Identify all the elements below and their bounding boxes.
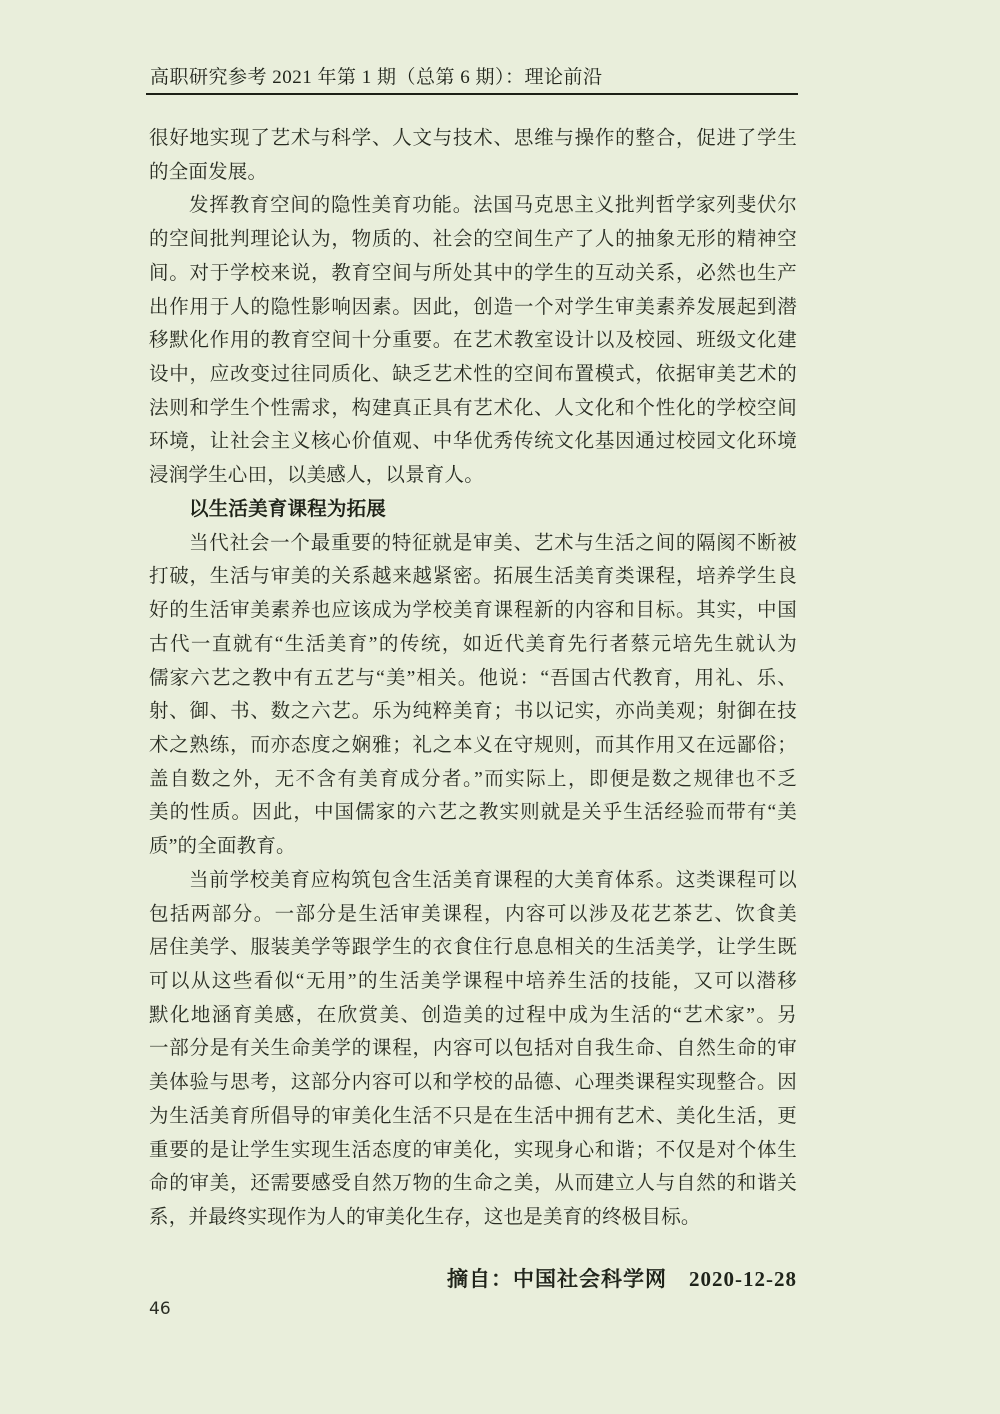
text-line: 一部分是有关生命美学的课程，内容可以包括对自我生命、自然生命的审	[149, 1032, 797, 1066]
source-attribution: 摘自：中国社会科学网 2020-12-28	[447, 1263, 797, 1293]
text-line: 为生活美育所倡导的审美化生活不只是在生活中拥有艺术、美化生活，更	[149, 1100, 797, 1134]
text-line: 当前学校美育应构筑包含生活美育课程的大美育体系。这类课程可以	[149, 864, 797, 898]
journal-header: 高职研究参考 2021 年第 1 期（总第 6 期）：理论前沿	[150, 66, 800, 90]
text-line: 默化地涵育美感，在欣赏美、创造美的过程中成为生活的“艺术家”。另	[149, 999, 797, 1033]
text-line: 移默化作用的教育空间十分重要。在艺术教室设计以及校园、班级文化建	[149, 324, 797, 358]
text-line: 美体验与思考，这部分内容可以和学校的品德、心理类课程实现整合。因	[149, 1066, 797, 1100]
text-line: 盖自数之外，无不含有美育成分者。”而实际上，即便是数之规律也不乏	[149, 763, 797, 797]
text-line: 好的生活审美素养也应该成为学校美育课程新的内容和目标。其实，中国	[149, 594, 797, 628]
text-line: 发挥教育空间的隐性美育功能。法国马克思主义批判哲学家列斐伏尔	[149, 189, 797, 223]
text-line: 术之熟练，而亦态度之娴雅；礼之本义在守规则，而其作用又在远鄙俗；	[149, 729, 797, 763]
text-line: 以生活美育课程为拓展	[149, 493, 797, 527]
text-line: 环境，让社会主义核心价值观、中华优秀传统文化基因通过校园文化环境	[149, 425, 797, 459]
text-line: 古代一直就有“生活美育”的传统，如近代美育先行者蔡元培先生就认为	[149, 628, 797, 662]
text-line: 法则和学生个性需求，构建真正具有艺术化、人文化和个性化的学校空间	[149, 392, 797, 426]
text-line: 出作用于人的隐性影响因素。因此，创造一个对学生审美素养发展起到潜	[149, 291, 797, 325]
text-line: 设中，应改变过往同质化、缺乏艺术性的空间布置模式，依据审美艺术的	[149, 358, 797, 392]
scanned-document-page: 高职研究参考 2021 年第 1 期（总第 6 期）：理论前沿 很好地实现了艺术…	[0, 0, 1000, 1414]
text-line: 质”的全面教育。	[149, 830, 797, 864]
text-line: 系，并最终实现作为人的审美化生存，这也是美育的终极目标。	[149, 1201, 797, 1235]
header-divider-rule	[146, 93, 798, 95]
text-line: 儒家六艺之教中有五艺与“美”相关。他说：“吾国古代教育，用礼、乐、	[149, 662, 797, 696]
text-line: 当代社会一个最重要的特征就是审美、艺术与生活之间的隔阂不断被	[149, 527, 797, 561]
text-line: 命的审美，还需要感受自然万物的生命之美，从而建立人与自然的和谐关	[149, 1167, 797, 1201]
text-line: 居住美学、服装美学等跟学生的衣食住行息息相关的生活美学，让学生既	[149, 931, 797, 965]
text-line: 的全面发展。	[149, 156, 797, 190]
text-line: 打破，生活与审美的关系越来越紧密。拓展生活美育类课程，培养学生良	[149, 560, 797, 594]
text-line: 射、御、书、数之六艺。乐为纯粹美育；书以记实，亦尚美观；射御在技	[149, 695, 797, 729]
text-line: 可以从这些看似“无用”的生活美学课程中培养生活的技能，又可以潜移	[149, 965, 797, 999]
text-line: 浸润学生心田，以美感人，以景育人。	[149, 459, 797, 493]
text-line: 很好地实现了艺术与科学、人文与技术、思维与操作的整合，促进了学生	[149, 122, 797, 156]
text-line: 重要的是让学生实现生活态度的审美化，实现身心和谐；不仅是对个体生	[149, 1134, 797, 1168]
text-line: 包括两部分。一部分是生活审美课程，内容可以涉及花艺茶艺、饮食美学、	[149, 898, 797, 932]
body-text: 很好地实现了艺术与科学、人文与技术、思维与操作的整合，促进了学生的全面发展。发挥…	[149, 122, 797, 1235]
text-line: 间。对于学校来说，教育空间与所处其中的学生的互动关系，必然也生产	[149, 257, 797, 291]
text-line: 的空间批判理论认为，物质的、社会的空间生产了人的抽象无形的精神空	[149, 223, 797, 257]
page-number: 46	[149, 1299, 171, 1319]
text-line: 美的性质。因此，中国儒家的六艺之教实则就是关乎生活经验而带有“美	[149, 796, 797, 830]
